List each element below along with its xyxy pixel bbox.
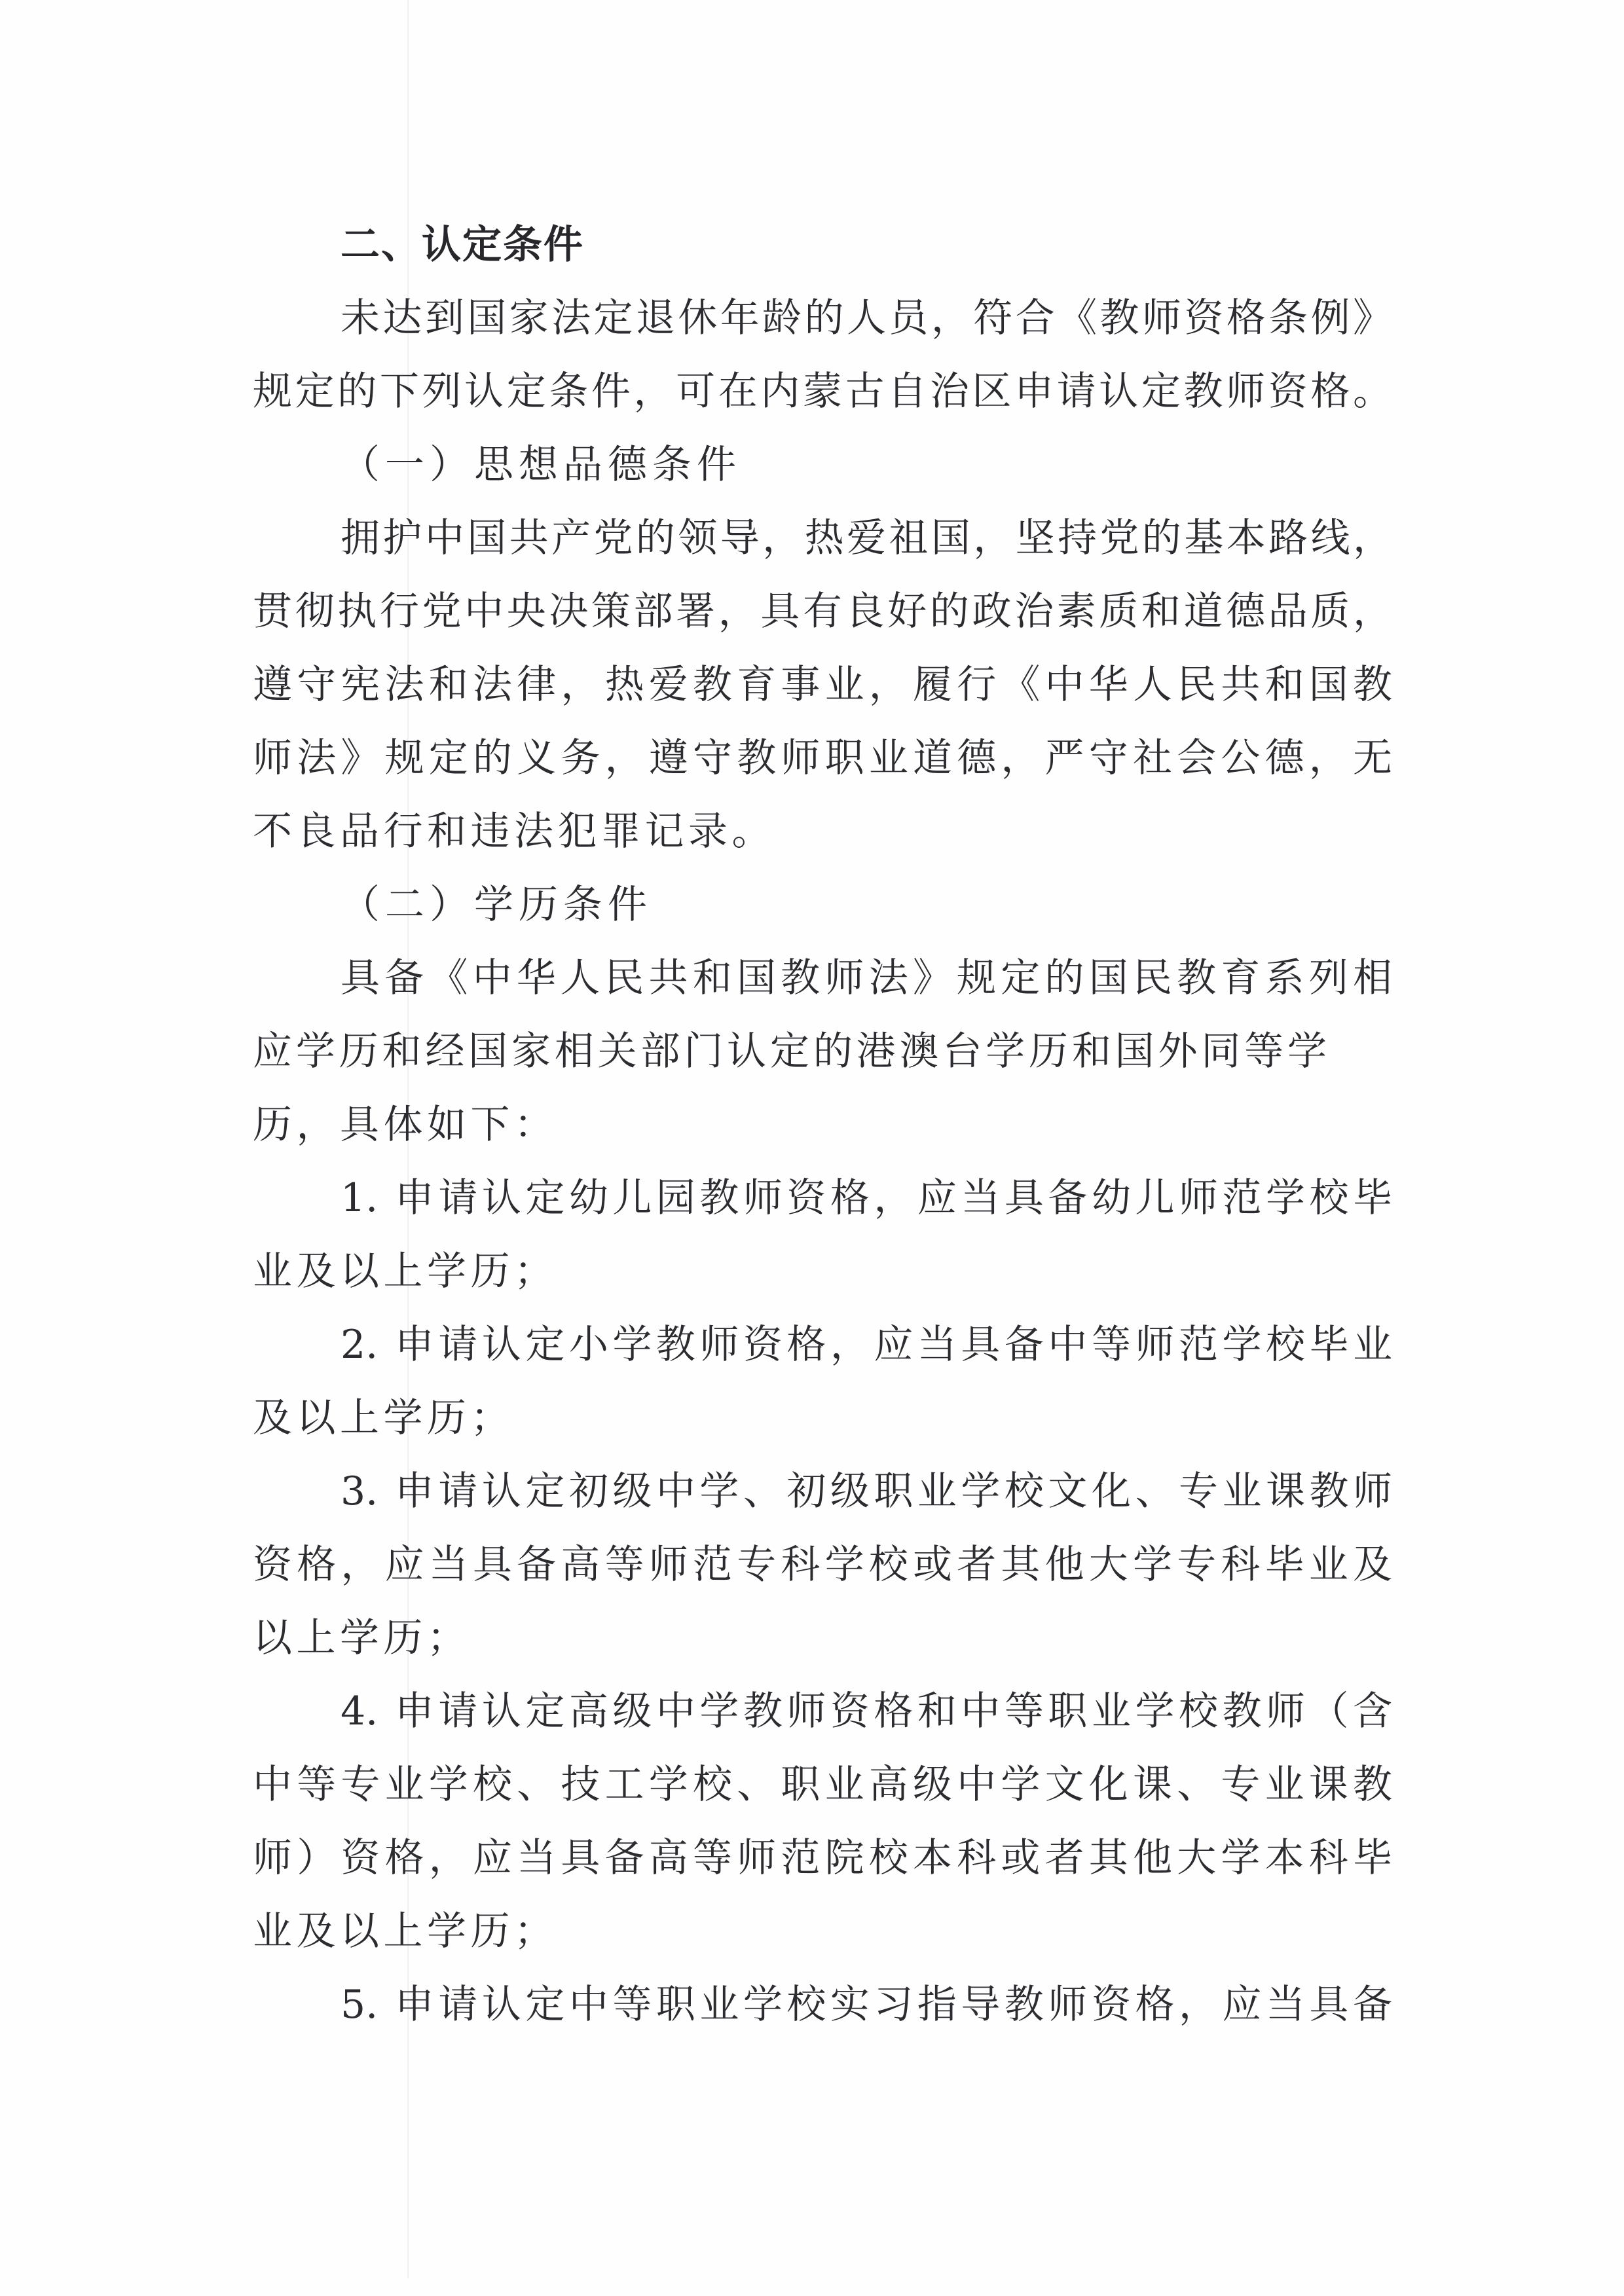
list-item-line: 业及以上学历； xyxy=(253,1235,1392,1308)
list-item-line: 中等专业学校、技工学校、职业高级中学文化课、专业课教 xyxy=(253,1748,1392,1821)
paragraph-line: 规定的下列认定条件，可在内蒙古自治区申请认定教师资格。 xyxy=(253,355,1392,428)
paragraph-line: 历，具体如下： xyxy=(253,1088,1392,1161)
section-heading: 二、认定条件 xyxy=(253,208,1392,282)
list-item-line: 资格，应当具备高等师范专科学校或者其他大学专科毕业及 xyxy=(253,1528,1392,1601)
paragraph-line: 未达到国家法定退休年龄的人员，符合《教师资格条例》 xyxy=(253,282,1392,355)
list-item-line: 业及以上学历； xyxy=(253,1895,1392,1968)
paragraph-line: 师法》规定的义务，遵守教师职业道德，严守社会公德，无 xyxy=(253,721,1392,795)
list-item-line: 3. 申请认定初级中学、初级职业学校文化、专业课教师 xyxy=(253,1455,1392,1528)
document-page: 二、认定条件 未达到国家法定退休年龄的人员，符合《教师资格条例》 规定的下列认定… xyxy=(0,0,1624,2296)
paragraph-line: 应学历和经国家相关部门认定的港澳台学历和国外同等学 xyxy=(253,1015,1327,1088)
list-item-line: 1. 申请认定幼儿园教师资格，应当具备幼儿师范学校毕 xyxy=(253,1161,1392,1235)
list-item-line: 及以上学历； xyxy=(253,1381,1392,1455)
paragraph-line: 拥护中国共产党的领导，热爱祖国，坚持党的基本路线， xyxy=(253,501,1392,575)
paragraph-line: 贯彻执行党中央决策部署，具有良好的政治素质和道德品质， xyxy=(253,575,1392,648)
list-item-line: 4. 申请认定高级中学教师资格和中等职业学校教师（含 xyxy=(253,1675,1392,1748)
list-item-line: 5. 申请认定中等职业学校实习指导教师资格，应当具备 xyxy=(253,1968,1392,2041)
document-body: 二、认定条件 未达到国家法定退休年龄的人员，符合《教师资格条例》 规定的下列认定… xyxy=(253,208,1392,2041)
paragraph-line: 具备《中华人民共和国教师法》规定的国民教育系列相 xyxy=(253,941,1392,1015)
list-item-line: 以上学历； xyxy=(253,1601,1392,1675)
list-item-line: 师）资格，应当具备高等师范院校本科或者其他大学本科毕 xyxy=(253,1821,1392,1895)
paragraph-line: 遵守宪法和法律，热爱教育事业，履行《中华人民共和国教 xyxy=(253,648,1392,721)
paragraph-line: 不良品行和违法犯罪记录。 xyxy=(253,795,1392,868)
list-item-line: 2. 申请认定小学教师资格，应当具备中等师范学校毕业 xyxy=(253,1308,1392,1381)
subsection-heading: （一）思想品德条件 xyxy=(253,428,1392,501)
subsection-heading: （二）学历条件 xyxy=(253,868,1392,941)
